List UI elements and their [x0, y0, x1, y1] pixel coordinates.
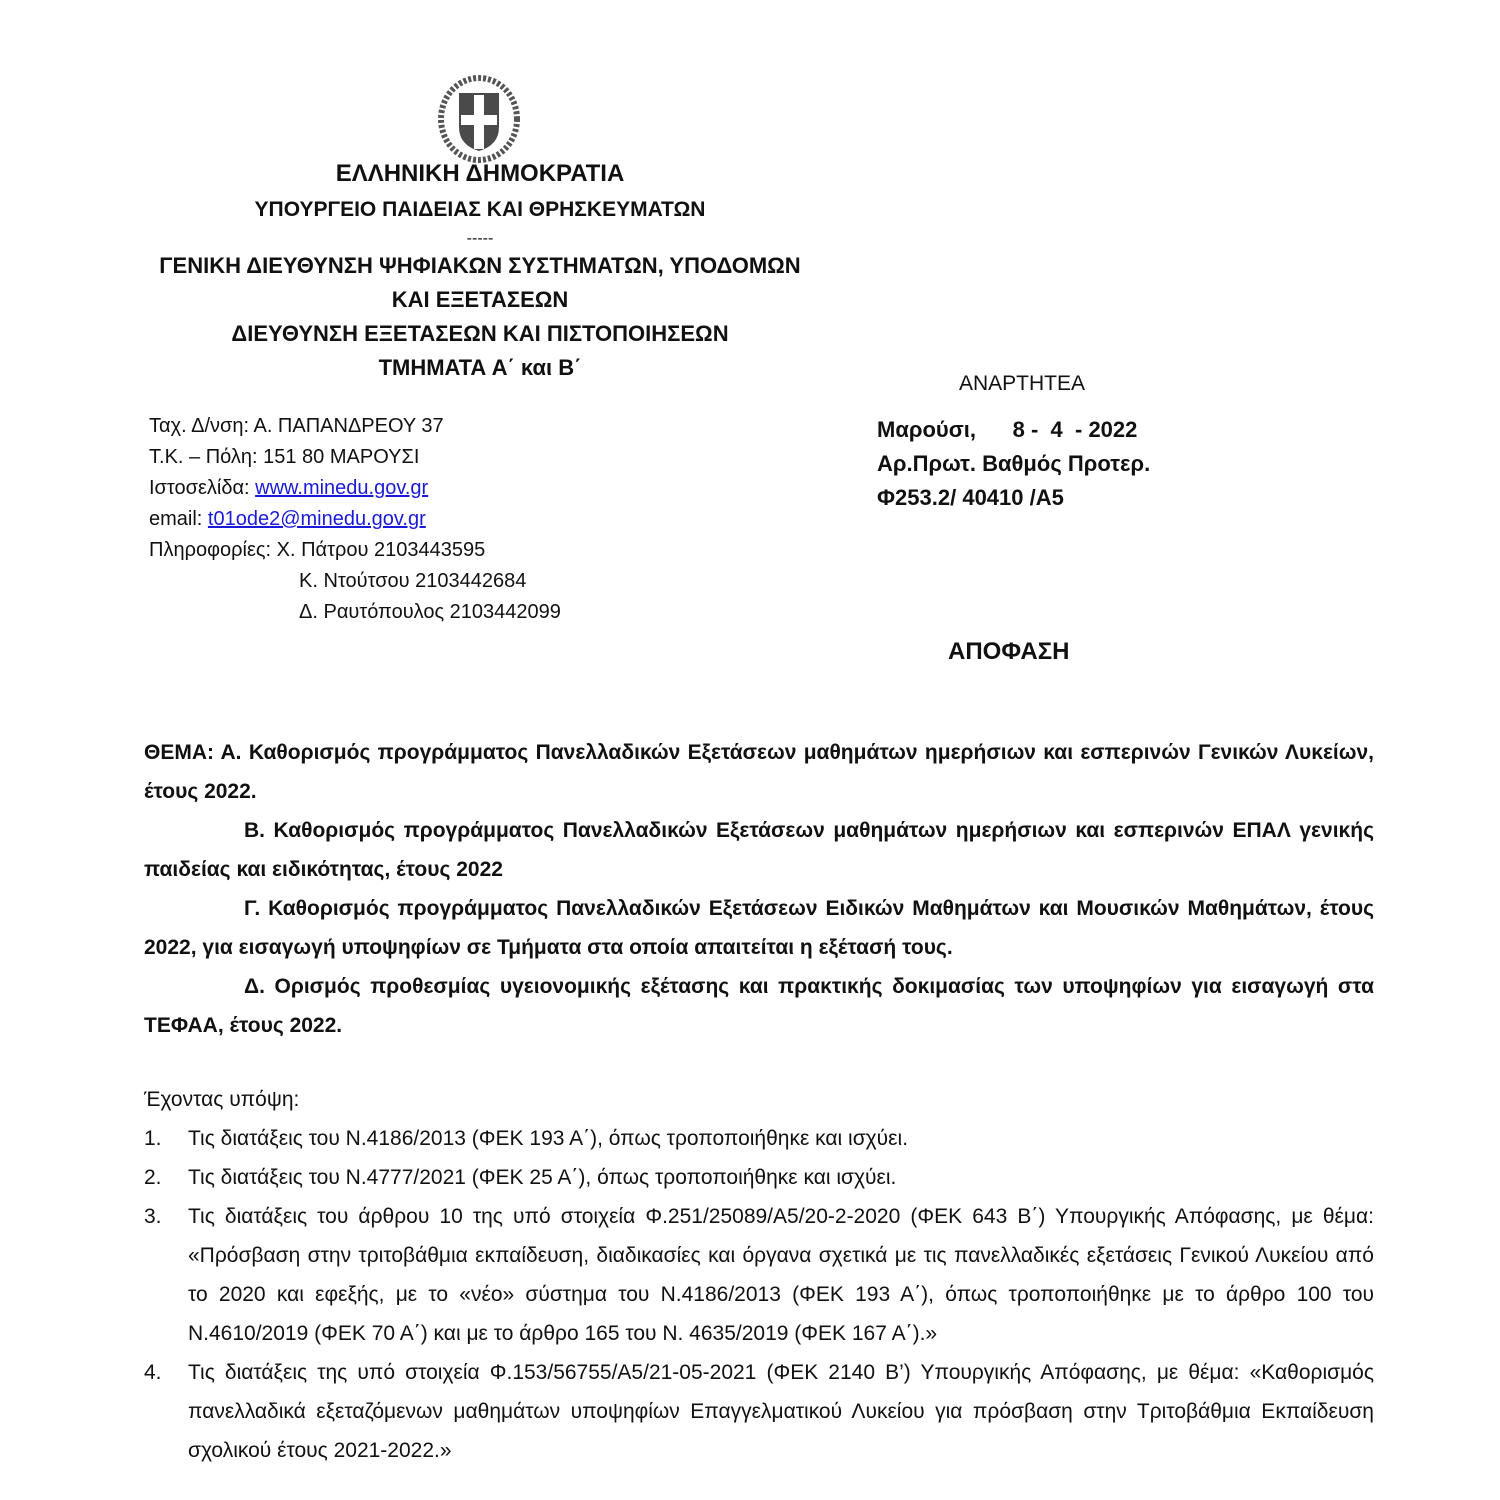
document-meta: Μαρούσι, 8 - 4 - 2022 Αρ.Πρωτ. Βαθμός Πρ… [877, 413, 1150, 515]
contact-info-row: Πληροφορίες: Χ. Πάτρου 2103443595 [149, 535, 561, 566]
info-person: Χ. Πάτρου 2103443595 [277, 539, 486, 561]
document-date: Μαρούσι, 8 - 4 - 2022 [877, 413, 1150, 447]
header-directorate: ΔΙΕΥΘΥΝΣΗ ΕΞΕΤΑΣΕΩΝ ΚΑΙ ΠΙΣΤΟΠΟΙΗΣΕΩΝ [120, 321, 840, 347]
website-link[interactable]: www.minedu.gov.gr [255, 477, 428, 499]
item-text: Τις διατάξεις του Ν.4186/2013 (ΦΕΚ 193 Α… [188, 1127, 908, 1150]
item-number: 2. [144, 1158, 162, 1197]
subject-c: Γ. Καθορισμός προγράμματος Πανελλαδικών … [144, 889, 1374, 967]
header-separator: ----- [120, 230, 840, 248]
header-general-directorate: ΓΕΝΙΚΗ ΔΙΕΥΘΥΝΣΗ ΨΗΦΙΑΚΩΝ ΣΥΣΤΗΜΑΤΩΝ, ΥΠ… [120, 253, 840, 279]
item-text: Τις διατάξεις του άρθρου 10 της υπό στοι… [188, 1205, 1374, 1345]
contact-email-row: email: t01ode2@minedu.gov.gr [149, 504, 561, 535]
subject-d: Δ. Ορισμός προθεσμίας υγειονομικής εξέτα… [144, 967, 1374, 1045]
contact-postal: Τ.Κ. – Πόλη: 151 80 ΜΑΡΟΥΣΙ [149, 442, 561, 473]
item-number: 1. [144, 1119, 162, 1158]
header-general-directorate-cont: ΚΑΙ ΕΞΕΤΑΣΕΩΝ [120, 287, 840, 313]
list-item: 3.Τις διατάξεις του άρθρου 10 της υπό στ… [144, 1197, 1374, 1353]
subject-b: Β. Καθορισμός προγράμματος Πανελλαδικών … [144, 811, 1374, 889]
list-item: 2.Τις διατάξεις του Ν.4777/2021 (ΦΕΚ 25 … [144, 1158, 1374, 1197]
contact-block: Ταχ. Δ/νση: Α. ΠΑΠΑΝΔΡΕΟΥ 37 Τ.Κ. – Πόλη… [149, 411, 561, 628]
posting-notice: ΑΝΑΡΤΗΤΕΑ [959, 372, 1085, 396]
considerations-intro: Έχοντας υπόψη: [144, 1080, 1374, 1119]
protocol-label: Αρ.Πρωτ. Βαθμός Προτερ. [877, 447, 1150, 481]
item-text: Τις διατάξεις της υπό στοιχεία Φ.153/567… [188, 1361, 1374, 1462]
info-person: Δ. Ραυτόπουλος 2103442099 [149, 597, 561, 628]
header-departments: ΤΜΗΜΑΤΑ Α΄ και Β΄ [120, 355, 840, 381]
list-item: 4.Τις διατάξεις της υπό στοιχεία Φ.153/5… [144, 1353, 1374, 1470]
info-person: Κ. Ντούτσου 2103442684 [149, 566, 561, 597]
website-label: Ιστοσελίδα: [149, 477, 255, 499]
header-country: ΕΛΛΗΝΙΚΗ ΔΗΜΟΚΡΑΤΙΑ [120, 160, 840, 188]
greek-coat-of-arms-icon [437, 75, 521, 163]
list-item: 1.Τις διατάξεις του Ν.4186/2013 (ΦΕΚ 193… [144, 1119, 1374, 1158]
contact-address: Ταχ. Δ/νση: Α. ΠΑΠΑΝΔΡΕΟΥ 37 [149, 411, 561, 442]
email-link[interactable]: t01ode2@minedu.gov.gr [208, 508, 426, 530]
email-label: email: [149, 508, 208, 530]
item-number: 3. [144, 1197, 162, 1236]
considerations-list: 1.Τις διατάξεις του Ν.4186/2013 (ΦΕΚ 193… [144, 1119, 1374, 1470]
protocol-number: Φ253.2/ 40410 /Α5 [877, 481, 1150, 515]
item-number: 4. [144, 1353, 162, 1392]
header-ministry: ΥΠΟΥΡΓΕΙΟ ΠΑΙΔΕΙΑΣ ΚΑΙ ΘΡΗΣΚΕΥΜΑΤΩΝ [120, 198, 840, 222]
contact-website-row: Ιστοσελίδα: www.minedu.gov.gr [149, 473, 561, 504]
considerations-section: Έχοντας υπόψη: 1.Τις διατάξεις του Ν.418… [144, 1080, 1374, 1470]
subject-section: ΘΕΜΑ: Α. Καθορισμός προγράμματος Πανελλα… [144, 733, 1374, 1045]
decision-title: ΑΠΟΦΑΣΗ [948, 638, 1069, 666]
info-label: Πληροφορίες: [149, 539, 277, 561]
subject-a: ΘΕΜΑ: Α. Καθορισμός προγράμματος Πανελλα… [144, 733, 1374, 811]
item-text: Τις διατάξεις του Ν.4777/2021 (ΦΕΚ 25 Α΄… [188, 1166, 896, 1189]
